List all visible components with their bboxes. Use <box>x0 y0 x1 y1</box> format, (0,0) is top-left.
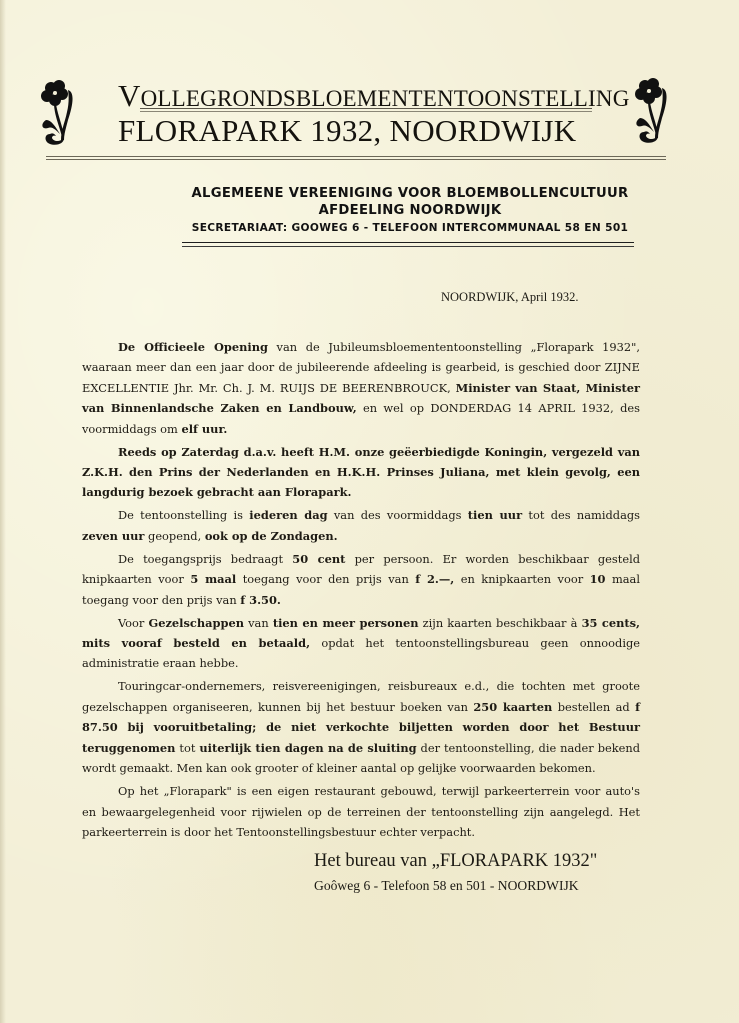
text: geopend, <box>144 529 204 543</box>
text: toegang voor den prijs van <box>236 572 415 586</box>
text: Voor <box>118 616 148 630</box>
paragraph-hours: De tentoonstelling is iederen dag van de… <box>82 505 640 546</box>
bold-text: De Officieele Opening <box>118 340 268 354</box>
bold-text: elf uur. <box>181 422 227 436</box>
organization-divider <box>182 246 634 247</box>
text: en knipkaarten voor <box>454 572 589 586</box>
text: De toegangsprijs bedraagt <box>118 552 292 566</box>
bold-text: 10 <box>590 572 606 586</box>
text: van <box>244 616 273 630</box>
bold-text: 5 maal <box>190 572 236 586</box>
title-rule <box>140 108 592 109</box>
title-initial: V <box>118 78 141 113</box>
signature-title: Het bureau van „FLORAPARK 1932" <box>314 851 597 872</box>
paper-edge <box>0 0 6 1023</box>
title-rule <box>140 111 592 112</box>
bold-text: Reeds op Zaterdag d.a.v. heeft H.M. onze… <box>82 445 640 500</box>
bold-text: iederen dag <box>249 508 327 522</box>
bold-text: f 2.—, <box>415 572 454 586</box>
bold-text: 50 cent <box>292 552 345 566</box>
bold-text: Gezelschappen <box>148 616 244 630</box>
paragraph-groups: Voor Gezelschappen van tien en meer pers… <box>82 613 640 674</box>
letter-body: De Officieele Opening van de Jubileumsbl… <box>82 337 640 845</box>
organization-secretariat: SECRETARIAAT: GOOWEG 6 - TELEFOON INTERC… <box>170 222 650 234</box>
organization-name: ALGEMEENE VEREENIGING VOOR BLOEMBOLLENCU… <box>170 186 650 201</box>
bold-text: uiterlijk tien dagen na de sluiting <box>199 741 416 755</box>
flower-ornament-icon <box>632 78 672 148</box>
bold-text: 250 kaarten <box>473 700 552 714</box>
bold-text: tien uur <box>468 508 522 522</box>
bold-text: ook op de Zondagen. <box>205 529 338 543</box>
flower-ornament-icon <box>38 80 78 150</box>
text: Op het „Florapark" is een eigen restaura… <box>82 784 640 839</box>
paragraph-touringcar: Touringcar-ondernemers, reisvereeniginge… <box>82 676 640 778</box>
text: bestellen ad <box>552 700 635 714</box>
text: De tentoonstelling is <box>118 508 249 522</box>
header-divider <box>46 159 666 160</box>
event-name: FLORAPARK 1932, NOORDWIJK <box>118 113 576 149</box>
paragraph-opening: De Officieele Opening van de Jubileumsbl… <box>82 337 640 439</box>
signature-address: Goôweg 6 - Telefoon 58 en 501 - NOORDWIJ… <box>314 878 579 894</box>
bold-text: f 3.50. <box>240 593 281 607</box>
text: tot <box>175 741 199 755</box>
bold-text: zeven uur <box>82 529 144 543</box>
dateline: NOORDWIJK, April 1932. <box>441 290 579 305</box>
paragraph-prices: De toegangsprijs bedraagt 50 cent per pe… <box>82 549 640 610</box>
header-divider <box>46 156 666 157</box>
paragraph-royal-visit: Reeds op Zaterdag d.a.v. heeft H.M. onze… <box>82 442 640 503</box>
organization-department: AFDEELING NOORDWIJK <box>170 203 650 218</box>
organization-divider <box>182 242 634 243</box>
text: tot des namiddags <box>522 508 640 522</box>
text: van des voormiddags <box>328 508 468 522</box>
text: zijn kaarten beschikbaar à <box>419 616 582 630</box>
paragraph-facilities: Op het „Florapark" is een eigen restaura… <box>82 781 640 842</box>
bold-text: tien en meer personen <box>273 616 419 630</box>
